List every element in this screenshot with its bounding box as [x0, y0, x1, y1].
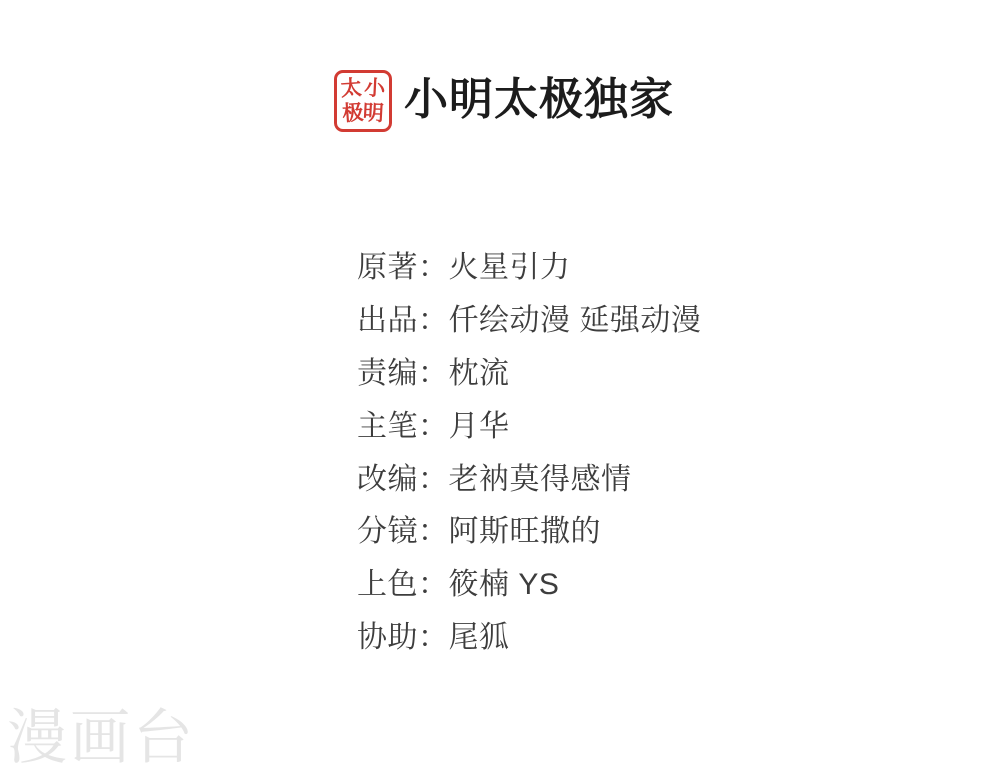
credit-value: 火星引力 — [449, 251, 571, 284]
xiaoming-taiji-seal-icon: 太极 小明 — [334, 70, 392, 132]
credit-value: 筱楠 YS — [449, 568, 560, 601]
credit-value: 枕流 — [449, 357, 510, 390]
credit-row-storyboard: 分镜：阿斯旺撒的 — [357, 506, 701, 559]
manhuatai-watermark: 漫画台 — [7, 706, 196, 770]
seal-left-column: 太极 — [339, 75, 364, 126]
credit-role: 协助： — [357, 621, 449, 654]
credit-row-editor: 责编：枕流 — [357, 348, 701, 401]
credit-row-adaptation: 改编：老衲莫得感情 — [357, 454, 701, 507]
credit-role: 改编： — [357, 463, 449, 496]
credit-row-producer: 出品：仟绘动漫 延强动漫 — [357, 295, 701, 348]
credit-value: 月华 — [449, 410, 510, 443]
seal-right-column: 小明 — [362, 75, 387, 126]
credit-row-coloring: 上色：筱楠 YS — [357, 559, 701, 612]
credit-role: 责编： — [357, 357, 449, 390]
credit-role: 原著： — [357, 251, 449, 284]
credits-list: 原著：火星引力 出品：仟绘动漫 延强动漫 责编：枕流 主笔：月华 改编：老衲莫得… — [357, 242, 701, 665]
brand-header: 太极 小明 小明太极独家 — [0, 0, 1000, 150]
credit-role: 主笔： — [357, 410, 449, 443]
credit-row-assistance: 协助：尾狐 — [357, 612, 701, 665]
credit-role: 上色： — [357, 568, 449, 601]
credit-row-lead-artist: 主笔：月华 — [357, 401, 701, 454]
credit-role: 分镜： — [357, 515, 449, 548]
credit-row-original-author: 原著：火星引力 — [357, 242, 701, 295]
credit-value: 老衲莫得感情 — [449, 463, 632, 496]
credit-value: 阿斯旺撒的 — [449, 515, 602, 548]
credit-value: 仟绘动漫 延强动漫 — [449, 304, 702, 337]
brand-title: 小明太极独家 — [404, 74, 674, 126]
credit-value: 尾狐 — [449, 621, 510, 654]
credit-role: 出品： — [357, 304, 449, 337]
